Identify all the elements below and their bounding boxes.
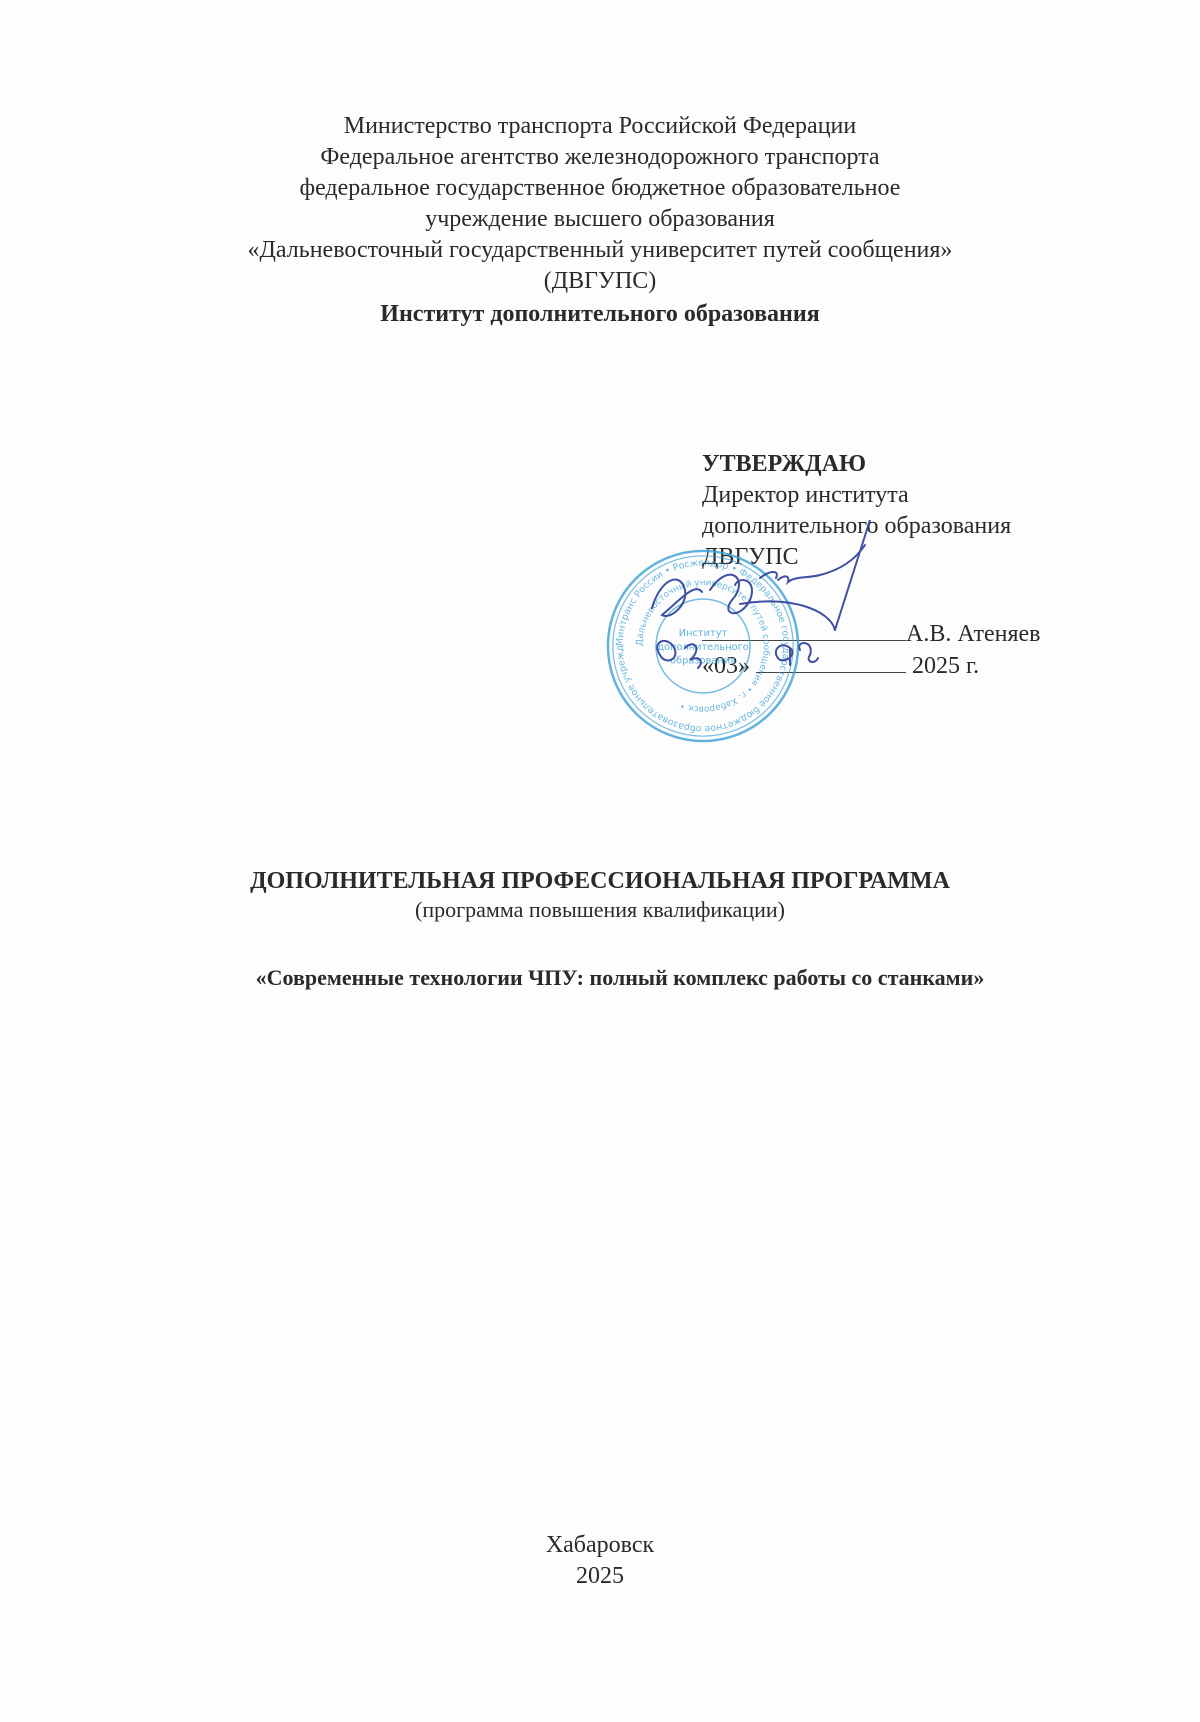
footer-year: 2025 bbox=[0, 1561, 1200, 1592]
handwritten-signature-icon bbox=[640, 520, 940, 700]
program-name: «Современные технологии ЧПУ: полный комп… bbox=[20, 965, 1200, 991]
document-page: Министерство транспорта Российской Федер… bbox=[0, 0, 1200, 1722]
program-title-block: ДОПОЛНИТЕЛЬНАЯ ПРОФЕССИОНАЛЬНАЯ ПРОГРАММ… bbox=[0, 868, 1200, 923]
university-name-line: «Дальневосточный государственный универс… bbox=[0, 235, 1200, 266]
ministry-line: Министерство транспорта Российской Федер… bbox=[0, 111, 1200, 142]
program-title: ДОПОЛНИТЕЛЬНАЯ ПРОФЕССИОНАЛЬНАЯ ПРОГРАММ… bbox=[0, 868, 1200, 895]
institution-level-line: учреждение высшего образования bbox=[0, 204, 1200, 235]
program-name-block: «Современные технологии ЧПУ: полный комп… bbox=[0, 965, 1200, 991]
approval-title: УТВЕРЖДАЮ bbox=[702, 449, 1011, 480]
institution-type-line: федеральное государственное бюджетное об… bbox=[0, 173, 1200, 204]
program-subtitle: (программа повышения квалификации) bbox=[0, 897, 1200, 923]
approver-position-line-1: Директор института bbox=[702, 480, 1011, 511]
agency-line: Федеральное агентство железнодорожного т… bbox=[0, 142, 1200, 173]
institute-line: Институт дополнительного образования bbox=[0, 299, 1200, 330]
university-abbr-line: (ДВГУПС) bbox=[0, 266, 1200, 297]
footer-block: Хабаровск 2025 bbox=[0, 1530, 1200, 1592]
header-block: Министерство транспорта Российской Федер… bbox=[0, 111, 1200, 330]
footer-city: Хабаровск bbox=[0, 1530, 1200, 1561]
